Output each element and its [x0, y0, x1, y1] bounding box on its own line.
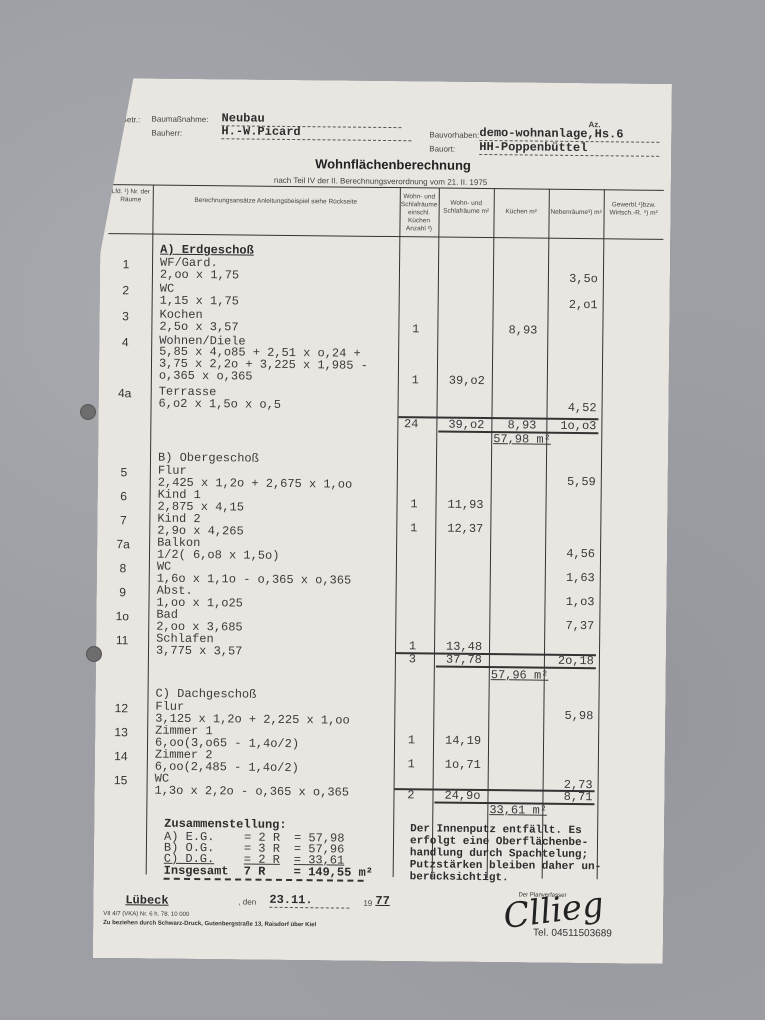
- col-divider: [487, 188, 495, 878]
- footer-date: 23.11.: [269, 893, 349, 909]
- footer-year: 77: [375, 894, 390, 908]
- col-header-nr: Lfd. ¹) Nr. der Räume: [109, 188, 153, 204]
- room-formula: 2,5o x 3,57: [159, 320, 238, 335]
- form-code: VII 4/7 (VKA) Nr. 6 h. 78. 10 000: [103, 911, 189, 918]
- col-header-ansatz: Berechnungsansätze Anleitungsbeispiel si…: [161, 197, 391, 207]
- summary-total-value: = 149,55 m²: [294, 865, 373, 880]
- room-formula: 2,oo x 1,75: [160, 268, 239, 283]
- room-formula: 5,85 x 4,o85 + 2,51 x o,24 + 3,75 x 2,2o…: [159, 346, 394, 384]
- col-header-kuechen: Küchen m²: [494, 208, 549, 217]
- signature-phone: Tel. 04511503689: [533, 928, 612, 940]
- footer-year-prefix: 19: [363, 899, 372, 908]
- col-header-wohn: Wohn- und Schlafräume m²: [439, 200, 494, 217]
- bauort-value: HH-Poppenbüttel: [479, 140, 659, 157]
- bauherr-value: H.-W.Picard: [221, 124, 411, 141]
- document-sheet: Betr.: Baumaßnahme: Neubau Bauherr: H.-W…: [93, 78, 672, 964]
- subtotal-total: 57,98 m²: [493, 432, 553, 447]
- bauherr-label: Bauherr:: [151, 129, 182, 138]
- punch-hole: [80, 404, 96, 420]
- summary-total-label: Insgesamt: [164, 864, 229, 879]
- footer-place: Lübeck: [125, 893, 168, 907]
- col-divider: [542, 189, 550, 879]
- col-header-neben: Nebenräume³) m²: [549, 209, 604, 218]
- bauort-label: Bauort:: [429, 144, 455, 153]
- room-formula: 1,15 x 1,75: [160, 294, 239, 309]
- page-title: Wohnflächenberechnung: [315, 156, 471, 173]
- bauvorhaben-label: Bauvorhaben:: [429, 130, 479, 140]
- col-header-anzahl: Wohn- und Schlafräume einschl. Küchen An…: [399, 193, 438, 233]
- table-header-rule: [108, 233, 663, 240]
- room-formula: 6,o2 x 1,5o x o,5: [159, 397, 282, 412]
- punch-hole: [86, 646, 102, 662]
- printer-note: Zu beziehen durch Schwarz-Druck, Gutenbe…: [103, 920, 316, 928]
- col-header-gewerbl: Gewerbl.⁴)bzw. Wirtsch.-R. ⁵) m²: [604, 201, 664, 218]
- massnahme-label: Baumaßnahme:: [152, 115, 209, 125]
- col-divider: [597, 189, 605, 879]
- footer-den-label: , den: [238, 897, 256, 906]
- col-divider: [146, 185, 154, 875]
